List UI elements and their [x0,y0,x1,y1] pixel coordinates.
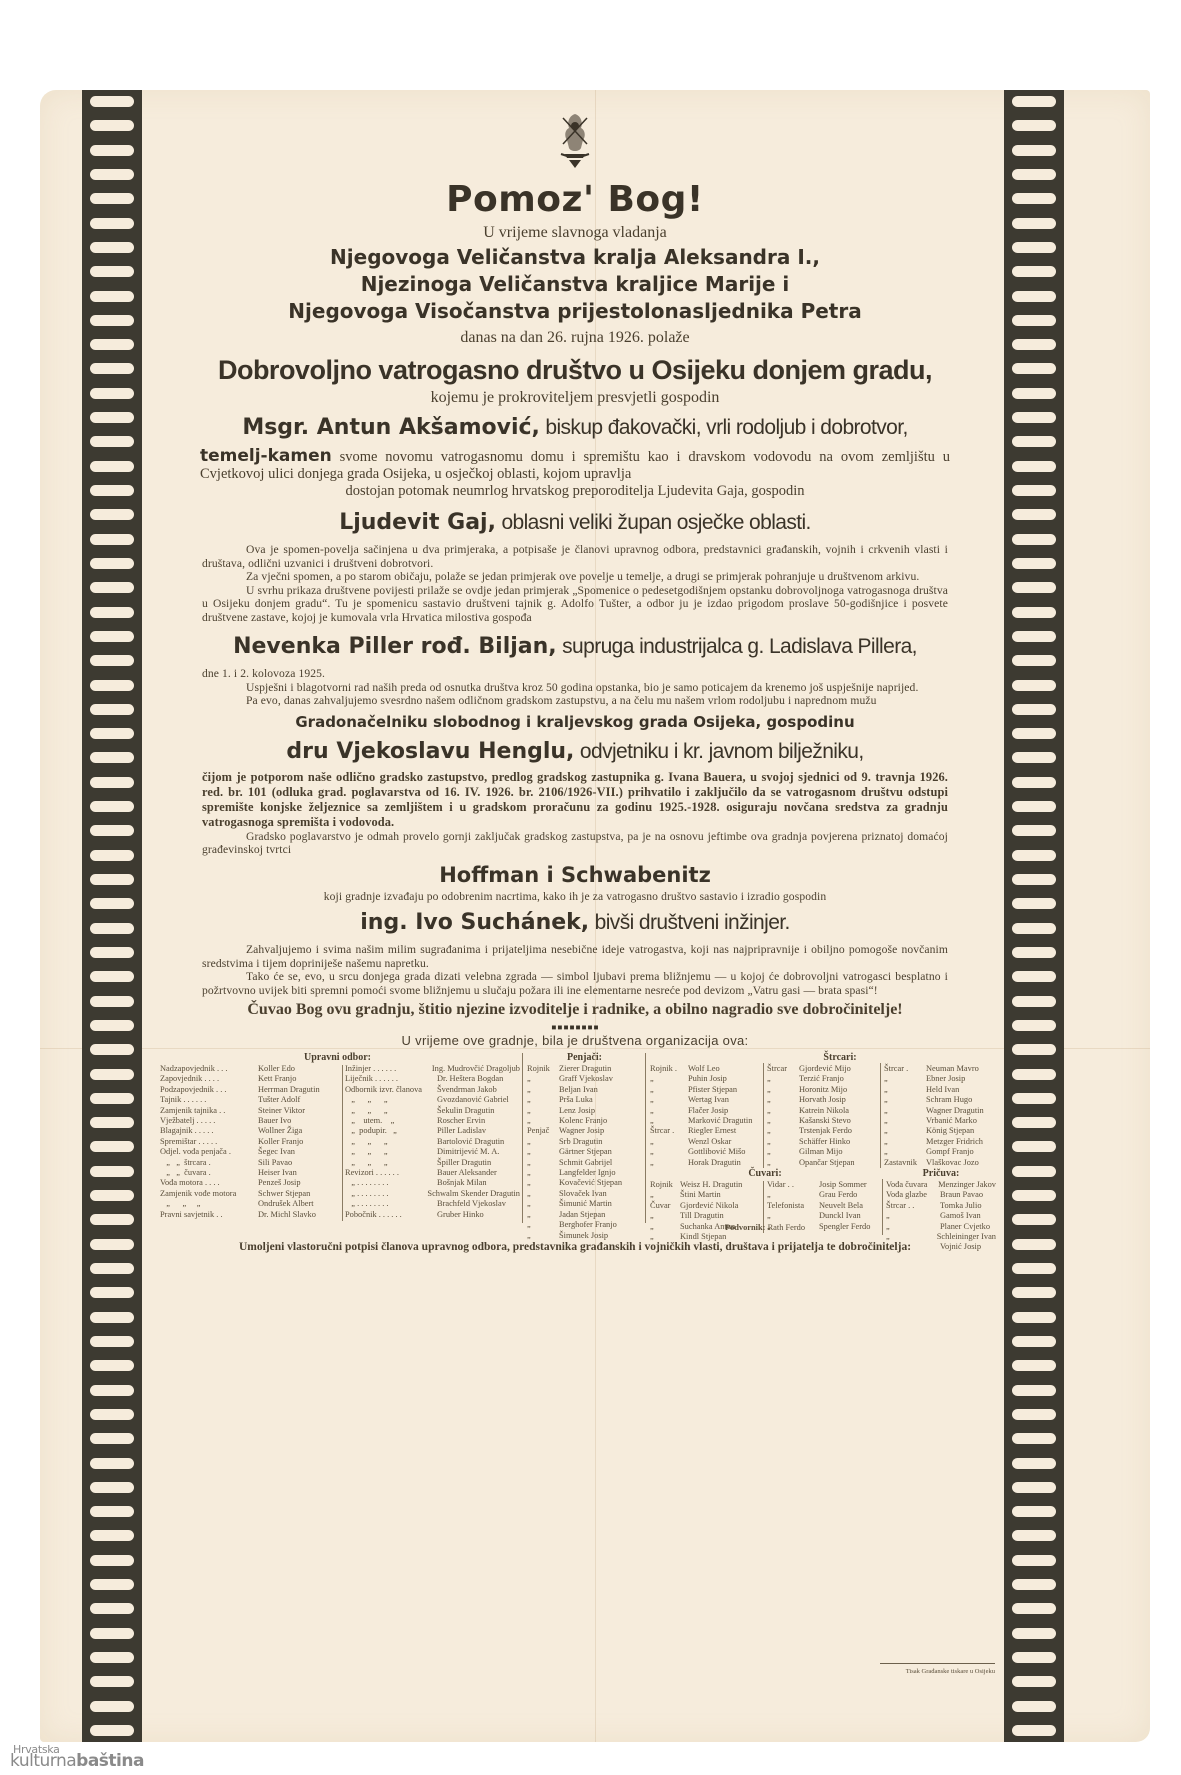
border-slot [90,1482,134,1493]
member-row: Inžinjer . . . . . .Ing. Mudrovčić Drago… [345,1064,520,1074]
member-name: Prša Luka [559,1095,593,1105]
border-slot [1012,1555,1056,1566]
border-slot [1012,1579,1056,1590]
member-role: Revizori . . . . . . [345,1168,437,1178]
godmother-description: supruga industrijalca g. Ladislava Pille… [562,635,917,658]
member-role: Rojnik . [650,1064,688,1074]
member-role: Zamjenik tajnika . . [160,1106,258,1116]
member-role: „ [527,1178,559,1188]
member-row: Vidar . .Josip Sommer [767,1180,879,1190]
member-name: Bauer Ivo [258,1116,291,1126]
member-role: Vidar . . [767,1180,819,1190]
member-row: „Gompf Franjo [884,1147,994,1157]
member-row: „Pfister Stjepan [650,1085,760,1095]
member-row: ŠtrcarGjorđević Mijo [767,1064,877,1074]
border-slot [90,1336,134,1347]
member-row: „ „ „Ondrušek Albert [160,1199,340,1209]
member-row: „Schram Hugo [884,1095,994,1105]
member-name: König Stjepan [926,1126,974,1136]
member-name: Dimitrijević M. A. [437,1147,499,1157]
member-name: Bartolović Dragutin [437,1137,504,1147]
member-row: „Trstenjak Ferdo [767,1126,877,1136]
border-slot [1012,680,1056,691]
border-slot [90,388,134,399]
engineer-description: bivši društveni inžinjer. [595,911,790,934]
border-slot [90,145,134,156]
member-name: Ondrušek Albert [258,1199,314,1209]
member-role: Inžinjer . . . . . . [345,1064,432,1074]
border-slot [1012,1141,1056,1152]
member-role: „ „ „ [345,1137,437,1147]
podvornik-line: Podvornik: Rath Ferdo [650,1223,880,1233]
border-slot [90,1725,134,1736]
member-role: „ [650,1095,688,1105]
member-name: Neuman Mavro [926,1064,979,1074]
member-role: „ [884,1095,926,1105]
border-slot [1012,1458,1056,1469]
border-slot [1012,1506,1056,1517]
member-role: „ [527,1231,559,1241]
divider [645,1053,646,1223]
member-row: „Gamoš Ivan [886,1211,996,1221]
member-row: „ podupir. „Piller Ladislav [345,1126,520,1136]
member-row: „ utem. „Roscher Ervin [345,1116,520,1126]
member-name: Srb Dragutin [559,1137,603,1147]
member-row: Pobočnik . . . . . .Gruber Hinko [345,1210,520,1220]
member-name: Špiller Dragutin [437,1158,491,1168]
member-name: Horvath Josip [799,1095,846,1105]
border-slot [1012,291,1056,302]
border-slot [90,266,134,277]
member-row: „Grau Ferdo [767,1190,879,1200]
member-role: Pobočnik . . . . . . [345,1210,437,1220]
member-row: Revizori . . . . . .Bauer Aleksander [345,1168,520,1178]
member-row: „Vojnić Josip [886,1242,996,1252]
border-slot [1012,704,1056,715]
member-row: „Wenzl Oskar [650,1137,760,1147]
section-cuvari: Čuvari: [650,1167,880,1180]
border-slot [1012,266,1056,277]
member-name: Gompf Franjo [926,1147,974,1157]
border-slot [1012,193,1056,204]
border-slot [90,1652,134,1663]
member-row: „Gottlibović Mišo [650,1147,760,1157]
decorative-border-right [1004,90,1064,1742]
border-slot [1012,1263,1056,1274]
patron-name: Msgr. Antun Akšamović, [242,415,540,440]
member-role: Rojnik [650,1180,680,1190]
member-name: Marković Dragutin [688,1116,752,1126]
border-slot [90,363,134,374]
border-slot [90,1579,134,1590]
border-slot [90,1628,134,1639]
member-row: „Berghofer Franjo [527,1220,642,1230]
member-role: Nadzapovjednik . . . [160,1064,258,1074]
member-name: Beljan Ivan [559,1085,598,1095]
border-slot [1012,1312,1056,1323]
member-role: „ [767,1085,799,1095]
member-row: „Wertag Ivan [650,1095,760,1105]
member-role: „ [884,1126,926,1136]
member-name: Gottlibović Mišo [688,1147,745,1157]
member-name: Gjorđević Nikola [680,1201,738,1211]
border-slot [1012,1190,1056,1201]
member-role: Čuvar [650,1201,680,1211]
border-slot [90,923,134,934]
border-slot [90,1166,134,1177]
border-slot [1012,1020,1056,1031]
member-row: „Kovačević Stjepan [527,1178,642,1188]
upravni-odbor-right: Inžinjer . . . . . .Ing. Mudrovčić Drago… [345,1064,520,1220]
member-name: Gärtner Stjepan [559,1147,612,1157]
patron-description: biskup đakovački, vrli rodoljub i dobrot… [545,416,907,439]
member-name: Planer Cvjetko [940,1222,990,1232]
border-slot [1012,145,1056,156]
border-slot [1012,1603,1056,1614]
member-name: Dunckl Ivan [819,1211,861,1221]
member-row: Štrcar .Neuman Mavro [884,1064,994,1074]
member-name: Tušter Adolf [258,1095,300,1105]
godmother-line: Nevenka Piller rođ. Biljan, supruga indu… [160,630,990,663]
royal-line-queen: Njezinoga Veličanstva kraljice Marije i [160,271,990,298]
member-name: Wenzl Oskar [688,1137,731,1147]
member-role: „ [527,1137,559,1147]
member-row: „ „ „Dimitrijević M. A. [345,1147,520,1157]
member-role: „ [886,1222,940,1232]
member-row: „Metzger Fridrich [884,1137,994,1147]
member-name: Wollner Žiga [258,1126,302,1136]
organization-intro: U vrijeme ove gradnje, bila je društvena… [160,1033,990,1049]
zupan-line: Ljudevit Gaj, oblasni veliki župan osječ… [160,506,990,539]
member-row: Nadzapovjednik . . .Koller Edo [160,1064,340,1074]
member-role: „ [527,1085,559,1095]
member-name: Braun Pavao [940,1190,983,1200]
member-row: „Dunckl Ivan [767,1211,879,1221]
member-name: Koller Franjo [258,1137,303,1147]
member-name: Schmit Gabrijel [559,1158,612,1168]
intro-line: U vrijeme slavnoga vladanja [160,222,990,244]
mayor-description: odvjetniku i kr. javnom bilježniku, [580,740,864,763]
border-slot [1012,1482,1056,1493]
divider [342,1065,343,1221]
border-slot [90,996,134,1007]
royal-line-prince: Njegovoga Visočanstva prijestolonasljedn… [160,298,990,325]
member-name: Horonitz Mijo [799,1085,847,1095]
member-row: „Marković Dragutin [650,1116,760,1126]
member-row: „Kolenc Franjo [527,1116,642,1126]
member-role: „ [527,1158,559,1168]
member-row: PenjačWagner Josip [527,1126,642,1136]
member-row: „Jadan Stjepan [527,1210,642,1220]
member-name: Till Dragutin [680,1211,724,1221]
border-slot [90,607,134,618]
section-penjaci: Penjači: [527,1051,642,1064]
member-role: „ [884,1116,926,1126]
border-slot [1012,850,1056,861]
border-slot [90,947,134,958]
member-row: Vođa glazbeBraun Pavao [886,1190,996,1200]
member-row: „Slovaček Ivan [527,1189,642,1199]
member-name: Kovačević Stjepan [559,1178,622,1188]
border-slot [90,120,134,131]
border-slot [1012,436,1056,447]
member-row: ČuvarGjorđević Nikola [650,1201,762,1211]
border-slot [90,485,134,496]
border-slot [1012,485,1056,496]
divider [522,1053,523,1223]
member-row: „Wagner Dragutin [884,1106,994,1116]
border-slot [1012,1239,1056,1250]
member-row: Štrcar .Riegler Ernest [650,1126,760,1136]
member-name: Riegler Ernest [688,1126,736,1136]
member-row: „Ebner Josip [884,1074,994,1084]
member-name: Pfister Stjepan [688,1085,737,1095]
member-name: Gruber Hinko [437,1210,484,1220]
member-role: Spremištar . . . . . [160,1137,258,1147]
member-row: „Lenz Josip [527,1106,642,1116]
member-row: „ „ štrcara .Sili Pavao [160,1158,340,1168]
border-slot [1012,631,1056,642]
border-slot [90,850,134,861]
border-slot [1012,607,1056,618]
organization-table: Upravni odbor: Nadzapovjednik . . .Kolle… [160,1051,990,1236]
divider [763,1063,764,1168]
border-slot [1012,1214,1056,1225]
member-name: Vojnić Josip [940,1242,981,1252]
border-slot [90,1287,134,1298]
member-row: „Langfelder Ignjo [527,1168,642,1178]
border-slot [1012,1117,1056,1128]
member-row: „ . . . . . . . .Schwalm Skender Draguti… [345,1189,520,1199]
member-role: „ [884,1085,926,1095]
member-role: Blagajnik . . . . . [160,1126,258,1136]
member-row: „König Stjepan [884,1126,994,1136]
member-row: „Puhin Josip [650,1074,760,1084]
member-name: Šegec Ivan [258,1147,295,1157]
member-name: Wagner Josip [559,1126,604,1136]
border-slot [90,801,134,812]
member-row: „Flačer Josip [650,1106,760,1116]
member-row: RojnikZierer Dragutin [527,1064,642,1074]
border-slot [90,655,134,666]
member-role: „ [527,1095,559,1105]
member-row: Odbornik izvr. članovaŠvendrman Jakob [345,1085,520,1095]
paragraph-9: Zahvaljujemo i svima našim milim sugrađa… [202,943,948,970]
member-name: Gamoš Ivan [940,1211,981,1221]
member-row: „Schmit Gabrijel [527,1158,642,1168]
member-name: Šimunić Martin [559,1199,612,1209]
strcari-list-3: Štrcar .Neuman Mavro„Ebner Josip„Held Iv… [884,1064,994,1168]
member-row: „ „ „Šekulin Dragutin [345,1106,520,1116]
member-row: „Kašanski Stevo [767,1116,877,1126]
border-slot [90,291,134,302]
border-slot [90,1141,134,1152]
member-role: „ [650,1211,680,1221]
member-role: „ [527,1074,559,1084]
member-name: Bauer Aleksander [437,1168,497,1178]
member-role: Štrcar [767,1064,799,1074]
border-slot [1012,558,1056,569]
document-title: Pomoz' Bog! [160,178,990,222]
patron-line: Msgr. Antun Akšamović, biskup đakovački,… [160,411,990,444]
decorative-border-left [82,90,142,1742]
member-name: Lenz Josip [559,1106,595,1116]
member-row: „Srb Dragutin [527,1137,642,1147]
member-name: Schwalm Skender Dragutin [427,1189,520,1199]
member-row: „Prša Luka [527,1095,642,1105]
royal-line-king: Njegovoga Veličanstva kralja Aleksandra … [160,244,990,271]
member-role: Vođa glazbe [886,1190,940,1200]
border-slot [90,412,134,423]
member-role: „ [650,1074,688,1084]
member-role: „ . . . . . . . . [345,1199,437,1209]
border-slot [1012,996,1056,1007]
section-strcari: Štrcari: [650,1051,990,1064]
member-name: Steiner Viktor [258,1106,305,1116]
member-name: Herrman Dragutin [258,1085,320,1095]
border-slot [1012,96,1056,107]
member-row: „ . . . . . . . .Brachfeld Vjekoslav [345,1199,520,1209]
border-slot [90,339,134,350]
border-slot [1012,1628,1056,1639]
member-name: Švendrman Jakob [437,1085,497,1095]
border-slot [90,1263,134,1274]
member-role: „ „ „ [345,1095,437,1105]
border-slot [1012,1093,1056,1104]
member-role: „ [527,1116,559,1126]
member-role: „ [767,1137,799,1147]
divider [882,1179,883,1235]
member-role: „ [527,1168,559,1178]
border-slot [90,534,134,545]
border-slot [90,752,134,763]
member-row: Rojnik .Wolf Leo [650,1064,760,1074]
member-name: Metzger Fridrich [926,1137,983,1147]
member-name: Slovaček Ivan [559,1189,607,1199]
border-slot [1012,655,1056,666]
border-slot [1012,509,1056,520]
border-slot [90,1312,134,1323]
member-role: „ [767,1116,799,1126]
member-role: „ [527,1147,559,1157]
member-name: Katrein Nikola [799,1106,849,1116]
pricuva-list: Vođa čuvaraMenzinger JakovVođa glazbeBra… [886,1180,996,1253]
engineer-name: ing. Ivo Suchánek, [360,910,589,935]
member-role: „ . . . . . . . . [345,1189,427,1199]
border-slot [90,1701,134,1712]
member-name: Vrbanić Marko [926,1116,977,1126]
member-name: Šekulin Dragutin [437,1106,494,1116]
border-slot [1012,947,1056,958]
member-role: Odjel. vođa penjača . [160,1147,258,1157]
member-row: „ „ „Špiller Dragutin [345,1158,520,1168]
member-name: Brachfeld Vjekoslav [437,1199,506,1209]
member-name: Zierer Dragutin [559,1064,611,1074]
border-slot [1012,1676,1056,1687]
member-row: TelefonistaNeuvelt Bela [767,1201,879,1211]
member-row: „Graff Vjekoslav [527,1074,642,1084]
zupan-description: oblasni veliki župan osječke oblasti. [501,511,810,534]
charter-content: Pomoz' Bog! U vrijeme slavnoga vladanja … [160,110,990,1254]
member-role: Zamjenik vođe motora [160,1189,258,1199]
member-name: Wertag Ivan [688,1095,729,1105]
member-role: „ [884,1074,926,1084]
member-row: „Planer Cvjetko [886,1222,996,1232]
member-row: Blagajnik . . . . .Wollner Žiga [160,1126,340,1136]
paragraph-6: Pa evo, danas zahvaljujemo svesrdno naše… [202,694,948,708]
member-name: Ing. Mudrovčić Dragoljub [432,1064,520,1074]
border-slot [90,728,134,739]
member-role: „ [886,1242,940,1252]
border-slot [90,971,134,982]
border-slot [1012,1044,1056,1055]
border-slot [1012,315,1056,326]
border-slot [90,1603,134,1614]
member-role: „ [527,1220,559,1230]
border-slot [90,631,134,642]
member-row: „Gärtner Stjepan [527,1147,642,1157]
member-row: „Till Dragutin [650,1211,762,1221]
border-slot [90,680,134,691]
border-slot [90,558,134,569]
border-slot [1012,1166,1056,1177]
border-slot [90,218,134,229]
strcari-list-1: Rojnik .Wolf Leo„Puhin Josip„Pfister Stj… [650,1064,760,1168]
member-row: Spremištar . . . . .Koller Franjo [160,1137,340,1147]
patron-intro: kojemu je prokroviteljem presvjetli gosp… [160,387,990,409]
member-role: Podzapovjednik . . . [160,1085,258,1095]
closing-blessing: Čuvao Bog ovu gradnju, štitio njezine iz… [160,999,990,1021]
member-name: Heiser Ivan [258,1168,297,1178]
strcari-list-2: ŠtrcarGjorđević Mijo„Terzić Franjo„Horon… [767,1064,877,1168]
divider [880,1063,881,1168]
member-name: Menzinger Jakov [938,1180,996,1190]
member-row: „Katrein Nikola [767,1106,877,1116]
member-role: „ [650,1147,688,1157]
border-slot [1012,461,1056,472]
member-role: Štrcar . [884,1064,926,1074]
border-slot [90,1020,134,1031]
section-upravni-odbor: Upravni odbor: [160,1051,515,1064]
member-role: „ [884,1106,926,1116]
border-slot [90,193,134,204]
member-role: „ „ čuvara . [160,1168,258,1178]
member-role: Telefonista [767,1201,819,1211]
border-slot [1012,582,1056,593]
member-row: Pravni savjetnik . .Dr. Michl Slavko [160,1210,340,1220]
border-slot [1012,363,1056,374]
border-slot [90,1190,134,1201]
member-name: Jadan Stjepan [559,1210,605,1220]
member-row: „Gilman Mijo [767,1147,877,1157]
member-name: Kolenc Franjo [559,1116,607,1126]
member-row: „ . . . . . . . .Bošnjak Milan [345,1178,520,1188]
paragraph-1: Ova je spomen-povelja sačinjena u dva pr… [202,543,948,570]
member-name: Wagner Dragutin [926,1106,984,1116]
separator: ▪▪▪▪▪▪▪▪ [160,1023,990,1033]
member-name: Roscher Ervin [437,1116,485,1126]
member-row: „Kindl Stjepan [650,1232,762,1242]
member-name: Schram Hugo [926,1095,972,1105]
member-name: Weisz H. Dragutin [680,1180,742,1190]
border-slot [90,1458,134,1469]
border-slot [1012,1652,1056,1663]
border-slot [1012,412,1056,423]
member-role: „ [767,1074,799,1084]
builder-description: koji gradnje izvađaju po odobrenim nacrt… [202,890,948,904]
member-role: „ [767,1211,819,1221]
member-role: „ [650,1190,680,1200]
